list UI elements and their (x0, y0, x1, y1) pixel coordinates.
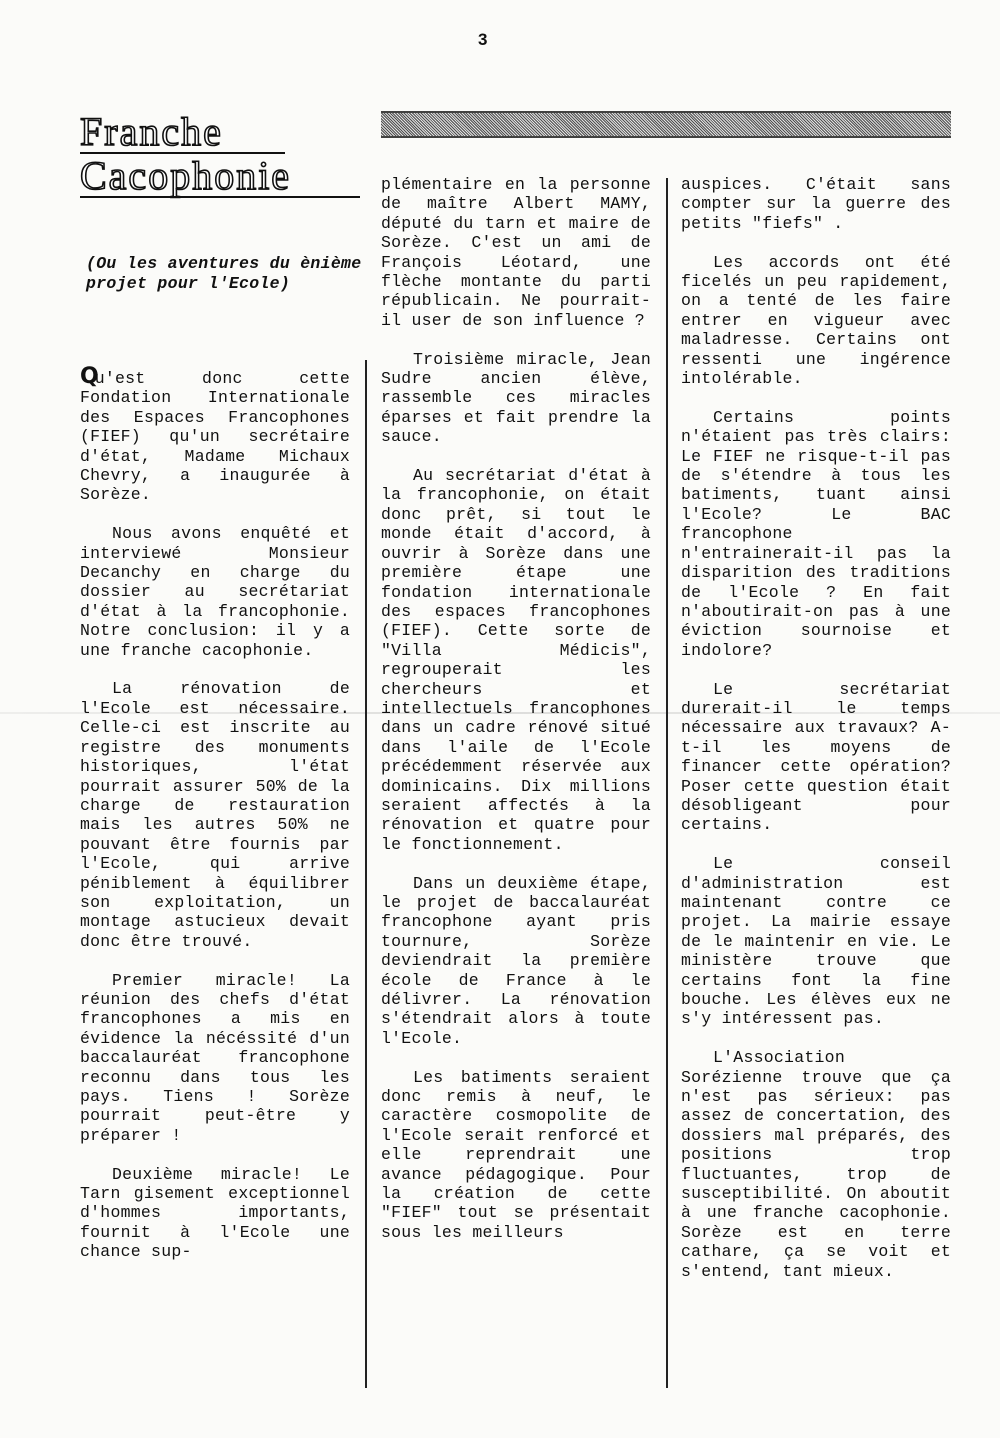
article-title: Franche Cacophonie (80, 112, 370, 200)
title-line-1: Franche (80, 112, 370, 156)
column-1: Qu'est donc cette Fondation Internationa… (80, 369, 350, 1281)
column-divider-2 (666, 178, 668, 1388)
paragraph: Le conseil d'administration est maintena… (681, 854, 951, 1029)
decorative-header-bar (381, 111, 951, 138)
paragraph: Dans un deuxième étape, le projet de bac… (381, 874, 651, 1049)
column-divider-1 (365, 360, 367, 1388)
paragraph: Premier miracle! La réunion des chefs d'… (80, 971, 350, 1146)
paragraph: Deuxième miracle! Le Tarn gisement excep… (80, 1165, 350, 1262)
title-line-2: Cacophonie (80, 156, 370, 200)
column-2: plémentaire en la personne de maître Alb… (381, 175, 651, 1262)
page-number: 3 (478, 30, 487, 50)
paragraph: La rénovation de l'Ecole est nécessaire.… (80, 679, 350, 951)
paragraph: Nous avons enquêté et interviewé Monsieu… (80, 524, 350, 660)
paragraph: Qu'est donc cette Fondation Internationa… (80, 369, 350, 505)
paragraph: Troisième miracle, Jean Sudre ancien élè… (381, 350, 651, 447)
column-3: auspices. C'était sans compter sur la gu… (681, 175, 951, 1300)
paragraph: Les accords ont été ficelés un peu rapid… (681, 253, 951, 389)
paragraph: plémentaire en la personne de maître Alb… (381, 175, 651, 330)
paragraph: auspices. C'était sans compter sur la gu… (681, 175, 951, 233)
paragraph: L'Association Sorézienne trouve que ça n… (681, 1048, 951, 1281)
paragraph: Certains points n'étaient pas très clair… (681, 408, 951, 660)
paragraph: Le secrétariat durerait-il le temps néce… (681, 680, 951, 835)
article-subtitle: (Ou les aventures du ènième projet pour … (86, 254, 366, 294)
paragraph: Au secrétariat d'état à la francophonie,… (381, 466, 651, 854)
paragraph: Les batiments seraient donc remis à neuf… (381, 1068, 651, 1243)
drop-cap: Q (80, 364, 95, 389)
